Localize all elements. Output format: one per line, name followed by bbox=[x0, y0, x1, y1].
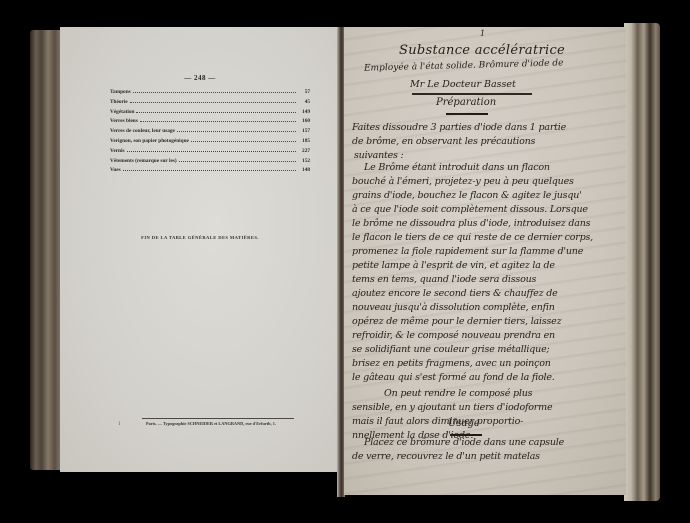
printer-colophon: Paris. — Typographie SCHNEIDER et LANGRA… bbox=[146, 421, 316, 426]
manuscript-line: Placez ce brômure d'iode dans une capsul… bbox=[364, 437, 564, 448]
toc-page: 45 bbox=[298, 99, 310, 105]
leader-dots bbox=[123, 167, 296, 171]
toc-label: Vêtements (remarque sur les) bbox=[110, 158, 177, 164]
open-book: — 248 — Tampons 57 Théorie 45 Végétation… bbox=[0, 0, 690, 523]
toc-label: Vernis bbox=[110, 148, 125, 154]
manuscript-line: à ce que l'iode soit complètement dissou… bbox=[352, 204, 588, 215]
manuscript-line: refroidir, & le composé nouveau prendra … bbox=[352, 330, 555, 341]
manuscript-line: grains d'iode, bouchez le flacon & agite… bbox=[352, 190, 582, 201]
manuscript-line: le gâteau qui s'est formé au fond de la … bbox=[352, 372, 555, 383]
toc-entry: Verres bleus 160 bbox=[110, 118, 310, 128]
heading-rule bbox=[446, 113, 488, 115]
toc-label: Tampons bbox=[110, 89, 131, 95]
folio-number: 1 bbox=[480, 29, 485, 38]
heading-preparation: Préparation bbox=[436, 97, 496, 108]
toc-label: Théorie bbox=[110, 99, 128, 105]
title-rule bbox=[412, 93, 532, 95]
left-page-printed: — 248 — Tampons 57 Théorie 45 Végétation… bbox=[60, 27, 340, 472]
manuscript-line: opérez de même pour le dernier tiers, la… bbox=[352, 316, 561, 327]
toc-label: Verres de couleur, leur usage bbox=[110, 128, 175, 134]
manuscript-line: tems en tems, quand l'iode sera dissous bbox=[352, 274, 536, 285]
toc-entry: Théorie 45 bbox=[110, 99, 310, 109]
manuscript-line: Le Brôme étant introduit dans un flacon bbox=[364, 162, 550, 173]
manuscript-title: Substance accélératrice bbox=[399, 43, 565, 58]
colophon-rule bbox=[142, 418, 294, 419]
page-number: — 248 — bbox=[60, 74, 340, 82]
heading-usage: Usage bbox=[448, 418, 480, 429]
manuscript-author: Mr Le Docteur Basset bbox=[410, 79, 516, 90]
toc-entry: Tampons 57 bbox=[110, 89, 310, 99]
toc-page: 148 bbox=[298, 167, 310, 173]
manuscript-line: se solidifiant une couleur grise métalli… bbox=[352, 344, 550, 355]
manuscript-line: brisez en petits fragmens, avec un poinç… bbox=[352, 358, 551, 369]
toc-entry: Végétation 149 bbox=[110, 109, 310, 119]
manuscript-line: On peut rendre le composé plus bbox=[384, 388, 532, 399]
toc-page: 57 bbox=[298, 89, 310, 95]
leader-dots bbox=[140, 118, 296, 122]
heading-rule bbox=[450, 434, 482, 436]
manuscript-line: ajoutez encore le second tiers & chauffe… bbox=[352, 288, 558, 299]
manuscript-subtitle: Employée à l'état solide. Brômure d'iode… bbox=[364, 58, 564, 73]
manuscript-line: suivantes : bbox=[354, 150, 404, 161]
table-of-contents: Tampons 57 Théorie 45 Végétation 149 Ver… bbox=[110, 89, 310, 177]
manuscript-line: Faites dissoudre 3 parties d'iode dans 1… bbox=[352, 122, 566, 133]
leader-dots bbox=[136, 109, 296, 113]
manuscript-line: le brôme ne dissoudra plus d'iode, intro… bbox=[352, 218, 590, 229]
toc-page: 227 bbox=[298, 148, 310, 154]
leader-dots bbox=[130, 99, 296, 103]
leader-dots bbox=[127, 148, 296, 152]
toc-label: Verignon, son papier photogénique bbox=[110, 138, 189, 144]
manuscript-line: promenez la fiole rapidement sur la flam… bbox=[352, 246, 583, 257]
signature-mark: 1 bbox=[118, 422, 121, 427]
toc-entry: Verres de couleur, leur usage 157 bbox=[110, 128, 310, 138]
leader-dots bbox=[177, 128, 296, 132]
manuscript-line: sensible, en y ajoutant un tiers d'iodof… bbox=[352, 402, 552, 413]
toc-label: Végétation bbox=[110, 109, 134, 115]
toc-entry: Verignon, son papier photogénique 185 bbox=[110, 138, 310, 148]
manuscript-line: nouveau jusqu'à dissolution complète, en… bbox=[352, 302, 555, 313]
toc-page: 185 bbox=[298, 138, 310, 144]
toc-entry: Vernis 227 bbox=[110, 148, 310, 158]
manuscript-line: bouché à l'émeri, projetez-y peu à peu q… bbox=[352, 176, 574, 187]
end-of-table-note: FIN DE LA TABLE GÉNÉRALE DES MATIÈRES. bbox=[60, 235, 340, 240]
toc-entry: Vêtements (remarque sur les) 152 bbox=[110, 158, 310, 168]
manuscript-line: le flacon le tiers de ce qui reste de ce… bbox=[352, 232, 593, 243]
right-page-handwritten: 1 Substance accélératrice Employée à l'é… bbox=[344, 27, 626, 495]
right-cover-edge bbox=[624, 23, 660, 501]
toc-page: 160 bbox=[298, 118, 310, 124]
manuscript-line: de brôme, en observant les précautions bbox=[352, 136, 535, 147]
toc-page: 149 bbox=[298, 109, 310, 115]
toc-page: 152 bbox=[298, 158, 310, 164]
toc-label: Verres bleus bbox=[110, 118, 138, 124]
manuscript-line: mais il faut alors diminuer proportio- bbox=[352, 416, 523, 427]
left-cover-edge bbox=[30, 30, 63, 470]
leader-dots bbox=[191, 138, 296, 142]
leader-dots bbox=[133, 89, 296, 93]
toc-entry: Vues 148 bbox=[110, 167, 310, 177]
toc-label: Vues bbox=[110, 167, 121, 173]
leader-dots bbox=[179, 158, 296, 162]
manuscript-line: petite lampe à l'esprit de vin, et agite… bbox=[352, 260, 555, 271]
manuscript-line: de verre, recouvrez le d'un petit matela… bbox=[352, 451, 540, 462]
toc-page: 157 bbox=[298, 128, 310, 134]
